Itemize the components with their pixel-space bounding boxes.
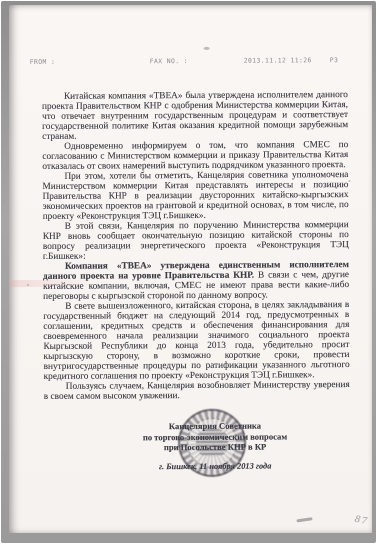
handwritten-note: 87	[354, 515, 369, 528]
signature-org-line-3: при Посольстве КНР в КР	[90, 441, 340, 453]
signature-dateline: г. Бишкек, 11 ноября 2013 года	[90, 461, 340, 473]
paragraph-ratification-request: В свете вышеизложенного, китайская сторо…	[43, 300, 349, 382]
paragraph-closing-courtesy: Пользуясь случаем, Канцелярия возобновля…	[44, 380, 350, 402]
fax-number-label: FAX NO. :	[150, 57, 188, 65]
letter-body: Китайская компания «ТВЕА» была утвержден…	[42, 90, 350, 402]
paragraph-final-position: В этой связи, Канцелярия по поручению Ми…	[43, 220, 349, 262]
paragraph-key-statement: Компания «ТВЕА» утверждена единственным …	[43, 260, 349, 302]
paragraph-chancellery-authority: При этом, хотели бы отметить, Канцелярия…	[42, 170, 348, 222]
fax-header: FROM : FAX NO. : 2013.11.12 11:26 P3	[8, 56, 371, 58]
signature-block: Канцелярия Советника по торгово-экономич…	[90, 420, 340, 473]
paragraph-cmec-withdrawal: Одновременно информируем о том, что комп…	[42, 140, 348, 172]
ink-smudge	[296, 517, 312, 522]
scan-speckle	[27, 284, 29, 286]
scan-speckle	[348, 180, 350, 182]
page-content: FROM : FAX NO. : 2013.11.12 11:26 P3 Кит…	[7, 4, 373, 534]
paragraph-company-approval: Китайская компания «ТВЕА» была утвержден…	[42, 90, 348, 142]
document-page: FROM : FAX NO. : 2013.11.12 11:26 P3 Кит…	[9, 5, 372, 533]
fax-page-indicator: P3	[330, 56, 339, 64]
scanner-frame: FROM : FAX NO. : 2013.11.12 11:26 P3 Кит…	[1, 1, 376, 543]
fax-from-label: FROM :	[30, 58, 56, 66]
scan-speckle	[204, 47, 210, 50]
fax-datetime: 2013.11.12 11:26	[244, 56, 312, 64]
